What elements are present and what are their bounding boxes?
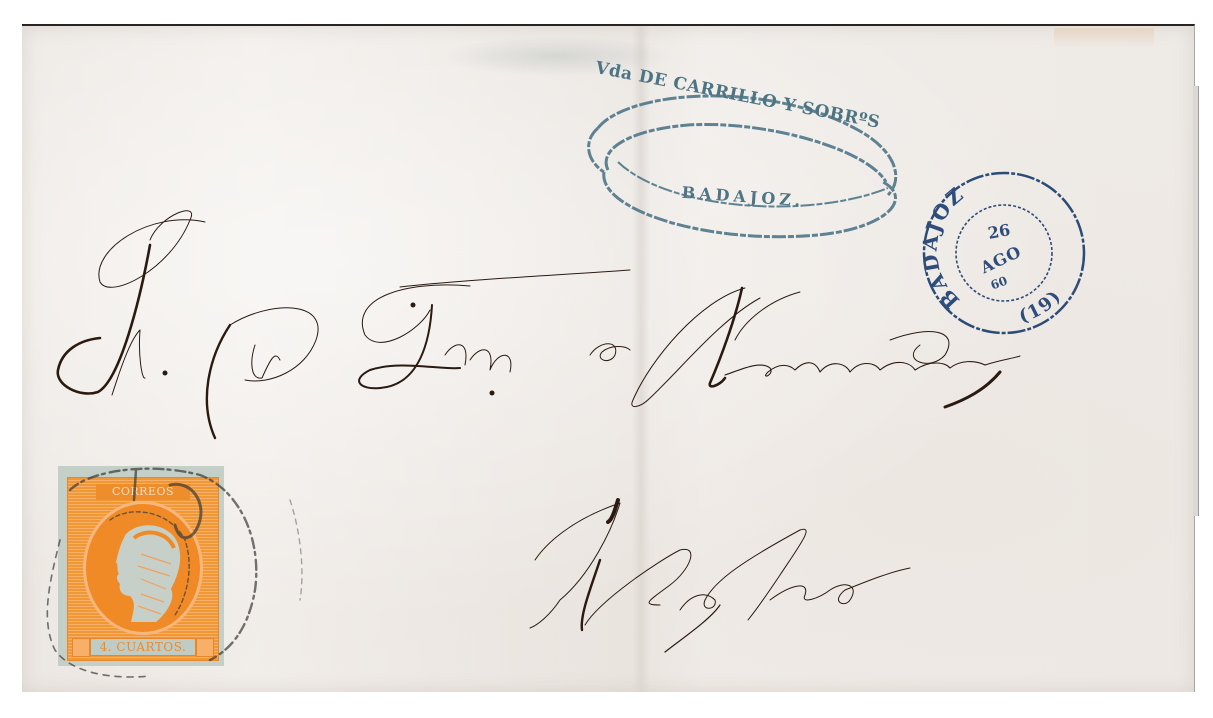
stamp-cancellation-postmark [0,0,1213,718]
